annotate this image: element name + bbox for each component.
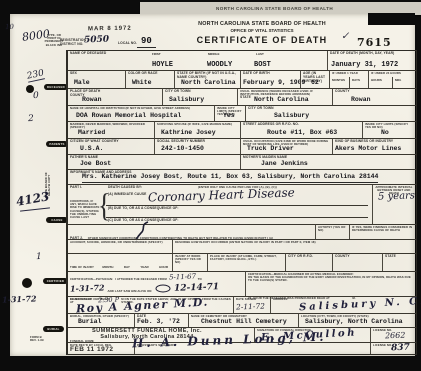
field-residence-state: USUAL RESIDENCE (WHERE DECEASED LIVED. I… [237,88,332,105]
field-hospital-label: NAME OF HOSPITAL OR INSTITUTION (IF NOT … [70,107,213,110]
months-label: MONTHS [332,78,345,82]
field-spouse-label: SURVIVING SPOUSE (IF WIFE, GIVE MAIDEN N… [157,123,239,126]
field-city-limits-death: INSIDE CITY LIMITS (SPECIFY YES OR NO) Y… [214,105,245,121]
handwritten-scrawl [155,284,171,293]
district-no-value: 5050 [84,35,109,46]
handwritten-scrawl [134,221,152,241]
year-label: YEAR [140,265,148,269]
local-no-label: LOCAL NO. [118,42,137,46]
background-sheet-title: NORTH CAROLINA STATE BOARD OF HEALTH [216,6,333,11]
date-signed-field: DATE SIGNED 2-11-72 [233,296,270,313]
field-race-value: White [132,80,152,87]
last-seen-text: AND LAST SAW HIM ALIVE ON [107,290,151,293]
findings-field: IF YES, WERE FINDINGS CONSIDERED IN DETE… [349,224,416,239]
field-citizen-label: CITIZEN OF WHAT COUNTRY [70,140,153,144]
injury-at-work-field: INJURY AT WORK (SPECIFY YES OR NO) [172,253,207,271]
examiner-cert-text: ON THE BASIS OF THE EXAMINATION OF THE B… [248,276,415,282]
field-street: STREET ADDRESS OR R.F.D. NO. Route #11, … [240,121,362,138]
margin-note-0: 0 [33,91,39,101]
injury-county-label: COUNTY [335,255,381,259]
field-industry-value: Akers Motor Lines [335,146,401,153]
field-informant-value: Mrs. Katherine Josey Bost, Route 11, Box… [82,174,378,183]
scanned-death-certificate: NORTH CAROLINA STATE BOARD OF HEALTH MAR… [0,0,421,371]
certificate-form: NAME OF DECEASED FIRST MIDDLE LAST HOYLE… [66,50,417,355]
due-to-b-label: (b) DUE TO, OR AS A CONSEQUENCE OF: [108,207,179,211]
field-name: NAME OF DECEASED FIRST MIDDLE LAST HOYLE… [68,51,327,70]
field-date-of-death: DATE OF DEATH (MONTH, DAY, YEAR) January… [327,51,416,70]
field-residence-city-value: Salisbury [274,113,309,120]
injury-city-label: CITY OR R.F.D. [288,255,331,259]
field-residence-county: COUNTY Rowan [332,88,416,105]
burial-value: Burial [78,319,101,326]
date-signed-value: 2-11-72 [236,301,265,311]
board-name: NORTH CAROLINA STATE BOARD OF HEALTH [186,21,338,27]
attended-to-value: 1-31-72 [70,282,105,293]
cemetery-field: NAME OF CEMETERY OR CREMATORY Chestnut H… [188,313,298,327]
burial-field: BURIAL, CREMATION, OTHER (SPECIFY) Buria… [68,313,134,327]
other-conditions-field: PART 2. OTHER SIGNIFICANT CONDITIONS: CO… [68,224,315,239]
findings-label: IF YES, WERE FINDINGS CONSIDERED IN DETE… [352,226,415,232]
to-text: TO [198,278,202,281]
hours-label: HOURS [371,78,382,82]
field-name-first: HOYLE [152,62,173,69]
describe-injury-field: DESCRIBE HOW INJURY OCCURRED (ENTER NATU… [172,239,416,253]
injury-at-work-label: INJURY AT WORK (SPECIFY YES OR NO) [175,255,206,265]
days-label: DAYS [352,78,360,82]
field-street-value: Route #11, Box #63 [267,130,337,137]
date-received-stamp: FEB 11 1972 [70,346,113,353]
field-race-label: COLOR OR RACE [128,72,173,76]
field-under-24-hours: IF UNDER 24 HOURS HOURS MIN. [368,70,416,88]
date-received-field: DATE REC'D BY LOCAL REG. FEB 11 1972 [68,342,134,354]
margin-note-2: 2 [28,114,34,124]
autopsy-field: AUTOPSY (YES OR NO) [315,224,349,239]
field-date-of-birth-value: February 9, 1909 [243,80,305,87]
caused-by-label: DEATH CAUSED BY: [108,186,142,190]
field-spouse: SURVIVING SPOUSE (IF WIFE, GIVE MAIDEN N… [154,121,240,138]
field-date-of-birth-label: DATE OF BIRTH [243,72,299,76]
time-of-injury-label: TIME OF INJURY [70,265,94,269]
injury-state-label: STATE [385,255,415,259]
field-informant: INFORMANT'S NAME AND ADDRESS Mrs. Kather… [68,169,416,184]
print-instruction-3: BLACK INK [46,43,62,47]
form-number-2: REV. 1-69 [30,338,44,342]
field-city-limits-res-label: INSIDE CITY LIMITS (SPECIFY YES OR NO) [365,123,415,129]
certifier-address-field: ADDRESS Salisbury N. C. [270,296,416,313]
field-marital-value: Married [78,130,105,137]
injury-state-field: STATE [382,253,416,271]
describe-injury-label: DESCRIBE HOW INJURY OCCURRED (ENTER NATU… [175,241,415,244]
tab-deceased: DECEASED [44,84,68,90]
hour-label: HOUR [159,265,168,269]
field-residence-county-label: COUNTY [335,90,415,94]
scan-shadow [368,13,415,25]
field-sex: SEX Male [68,70,125,88]
check-mark: ✓ [341,31,350,42]
burial-location-field: LOCATION (CITY, TOWN, OR COUNTY) (STATE)… [298,313,416,327]
field-city-limits-res-value: No [381,130,389,137]
field-under-1-year: IF UNDER 1 YEAR MONTHS DAYS [329,70,368,88]
conditions-note: CONDITIONS, IF ANY, WHICH GAVE RISE TO I… [70,200,100,219]
physician-cert-label: CERTIFICATION—PHYSICIAN: [70,278,113,281]
registrar-license-value: 837 [391,343,410,354]
field-father: FATHER'S NAME Joe Bost [68,154,240,169]
certificate-number: 7615 [357,36,392,49]
field-date-of-death-value: January 31, 1972 [331,62,398,69]
injury-city-field: CITY OR R.F.D. [285,253,332,271]
certifier-signature-field: SIGNATURE OF CERTIFIER Roy A Agner M.D. [68,296,233,313]
cause-of-death-section: PART I. DEATH CAUSED BY: (ENTER ONLY ONE… [68,184,416,224]
field-age-value: 62 [311,80,319,87]
field-city-limits-res: INSIDE CITY LIMITS (SPECIFY YES OR NO) N… [362,121,416,138]
field-name-middle: WOODLY [207,62,232,69]
burial-date-field: DATE Feb. 3, '72 [134,313,188,327]
field-city-of-death: CITY OR TOWN Salisbury [162,88,237,105]
received-date-stamp: MAR 8 1972 [88,26,132,33]
field-sex-label: SEX [70,72,124,76]
place-of-injury-field: PLACE OF INJURY (AT HOME, FARM, STREET, … [207,253,285,271]
form-number: FORM B REV. 1-69 [30,336,46,342]
immediate-cause-label: (a) IMMEDIATE CAUSE [108,193,146,197]
margin-note-10: 10 [5,23,14,31]
field-hospital-value: DOA Rowan Memorial Hospital [76,113,181,120]
examiner-certification: CERTIFICATION—MEDICAL EXAMINER OR ACTING… [245,271,416,296]
local-no-value: 90 [137,36,156,48]
field-under-24-hours-label: IF UNDER 24 HOURS [371,72,415,75]
field-citizen-value: U.S.A. [80,146,103,153]
attended-text: I ATTENDED THE DECEASED FROM [115,278,167,281]
page-title: CERTIFICATE OF DEATH [186,35,338,45]
office-name: OFFICE OF VITAL STATISTICS [186,28,338,33]
physician-certification: CERTIFICATION—PHYSICIAN: I ATTENDED THE … [68,271,245,296]
registrar-license-field: LICENSE NO. 837 [370,342,416,354]
field-name-label: NAME OF DECEASED [70,52,326,56]
field-city-of-death-value: Salisbury [169,97,204,104]
last-seen-value: 12-14-71 [173,282,218,294]
time-of-injury-field: TIME OF INJURY MONTH DAY YEAR HOUR [68,253,172,271]
month-label: MONTH [102,265,113,269]
burial-location-value: Salisbury, North Carolina [305,319,403,326]
field-industry-label: KIND OF BUSINESS OR INDUSTRY [335,140,415,144]
form-header: NORTH CAROLINA STATE BOARD OF HEALTH OFF… [186,21,338,45]
name-col-last: LAST [256,52,264,56]
tab-burial: BURIAL [43,326,64,332]
tab-parents: PARENTS [46,141,68,147]
field-residence-county-value: Rowan [351,97,371,104]
immediate-cause-interval: 5 years [378,190,415,202]
part1-label: PART I. [70,186,82,190]
field-ssn-value: 242-10-1450 [161,146,204,153]
name-col-first: FIRST [152,52,161,56]
director-license-value: 2662 [385,331,406,341]
field-state-of-birth-value: North Carolina [181,80,236,87]
margin-note-date: 1-31-72 [2,293,37,304]
field-race: COLOR OR RACE White [125,70,174,88]
field-mother: MOTHER'S MAIDEN NAME Jane Jenkins [240,154,416,169]
field-city-limits-death-value: Yes [223,113,235,120]
interval-divider [372,185,373,225]
field-occupation: USUAL OCCUPATION (GIVE KIND OF WORK DONE… [240,138,332,154]
field-sex-value: Male [74,80,90,87]
tab-certified: CERTIFIED [43,278,68,284]
field-marital: MARRIED, NEVER MARRIED, WIDOWED, DIVORCE… [68,121,154,138]
burial-date-value: Feb. 3, '72 [137,319,180,326]
margin-note-1: 1 [36,252,42,262]
name-col-middle: MIDDLE [208,52,220,56]
attended-from-value: 5-11-67 [169,273,196,282]
day-label: DAY [124,265,130,269]
field-residence-city: CITY OR TOWN Salisbury [245,105,416,121]
place-of-injury-label: PLACE OF INJURY (AT HOME, FARM, STREET, … [210,255,284,261]
min-label: MIN. [395,78,401,82]
field-residence-state-value: North Carolina [254,97,309,104]
field-father-value: Joe Bost [80,161,111,168]
cemetery-value: Chestnut Hill Cemetery [201,319,287,326]
field-ssn-label: SOCIAL SECURITY NUMBER [157,140,239,144]
field-street-label: STREET ADDRESS OR R.F.D. NO. [243,123,361,127]
print-instruction: TYPE, OR PRINT IN PERMANENT BLACK INK [44,34,64,47]
field-hospital: NAME OF HOSPITAL OR INSTITUTION (IF NOT … [68,105,214,121]
field-spouse-value: Kathrine Josey [161,130,216,137]
field-city-of-death-label: CITY OR TOWN [165,90,236,94]
director-license-field: LICENSE NO. 2662 [370,327,416,342]
ink-dot [22,278,32,288]
field-county-of-death: PLACE OF DEATH COUNTY Rowan [68,88,162,105]
field-residence-city-label: CITY OR TOWN [248,107,415,111]
accident-field: ACCIDENT, SUICIDE, HOMICIDE, OR UNDETERM… [68,239,172,253]
field-date-of-death-label: DATE OF DEATH (MONTH, DAY, YEAR) [330,52,415,56]
field-name-last: BOST [254,62,271,69]
field-under-1-year-label: IF UNDER 1 YEAR [332,72,367,75]
autopsy-label: AUTOPSY (YES OR NO) [318,226,348,232]
tab-cause: CAUSE [46,217,68,223]
field-industry: KIND OF BUSINESS OR INDUSTRY Akers Motor… [332,138,416,154]
field-ssn: SOCIAL SECURITY NUMBER 242-10-1450 [154,138,240,154]
field-county-of-death-value: Rowan [82,97,102,104]
field-mother-value: Jane Jenkins [261,161,308,168]
field-state-of-birth: STATE OF BIRTH (IF NOT IN U.S.A., NAME C… [174,70,240,88]
injury-county-field: COUNTY [332,253,382,271]
field-age: AGE (IN YEARS LAST BIRTHDAY) 62 [300,70,329,88]
field-citizen: CITIZEN OF WHAT COUNTRY U.S.A. [68,138,154,154]
accident-label: ACCIDENT, SUICIDE, HOMICIDE, OR UNDETERM… [70,241,171,244]
immediate-cause-value: Coronary Heart Disease [148,185,295,204]
field-date-of-birth: DATE OF BIRTH February 9, 1909 [240,70,300,88]
field-occupation-value: Truck Driver [247,146,294,153]
